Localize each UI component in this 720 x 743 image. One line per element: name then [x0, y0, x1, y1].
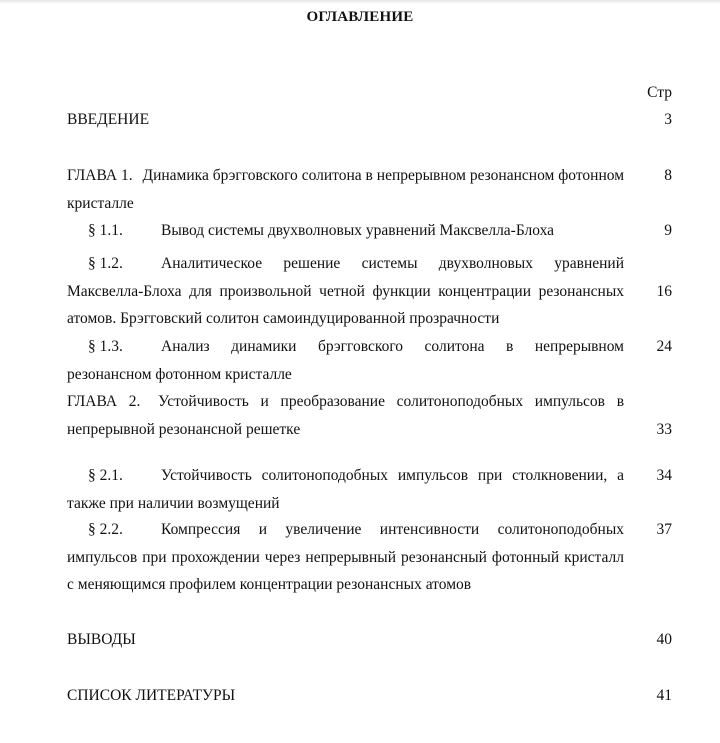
toc-entry-chapter-1[interactable]: ГЛАВА 1. Динамика брэгговского солитона …: [67, 162, 624, 217]
toc-entry-text: ВВЕДЕНИЕ: [67, 106, 624, 134]
toc-entry-label: § 2.1.: [67, 462, 161, 490]
toc-entry-page: 8: [632, 162, 672, 190]
toc-entry-page: 33: [632, 416, 672, 444]
toc-entry-section-1-1[interactable]: § 1.1.Вывод системы двухволновых уравнен…: [67, 217, 624, 245]
toc-entry-page: 16: [632, 278, 672, 306]
toc-entry-page: 34: [632, 462, 672, 490]
toc-entry-introduction[interactable]: ВВЕДЕНИЕ 3: [67, 106, 624, 134]
toc-entry-text: Устойчивость и преобразование солитонопо…: [67, 393, 624, 438]
page-top-edge: [0, 0, 720, 4]
toc-entry-chapter-2[interactable]: ГЛАВА 2. Устойчивость и преобразование с…: [67, 388, 624, 443]
toc-entry-section-1-3[interactable]: § 1.3.Анализ динамики брэгговского солит…: [67, 333, 624, 388]
toc-entry-conclusions[interactable]: ВЫВОДЫ 40: [67, 626, 624, 654]
toc-entry-label: § 1.3.: [67, 333, 161, 361]
toc-entry-section-1-2[interactable]: § 1.2.Аналитическое решение системы двух…: [67, 250, 624, 333]
toc-entry-text: ВЫВОДЫ: [67, 626, 624, 654]
toc-entry-page: 3: [632, 106, 672, 134]
toc-entry-label: ГЛАВА 2.: [67, 393, 140, 410]
toc-entry-label: ГЛАВА 1.: [67, 167, 133, 184]
toc-entry-text: СПИСОК ЛИТЕРАТУРЫ: [67, 682, 624, 710]
page-title: ОГЛАВЛЕНИЕ: [0, 9, 720, 26]
toc-entry-page: 37: [632, 516, 672, 544]
toc-entry-page: 41: [632, 682, 672, 710]
page-column-header: Стр: [647, 84, 672, 102]
toc-entry-page: 9: [632, 217, 672, 245]
toc-entry-text: Вывод системы двухволновых уравнений Мак…: [161, 222, 554, 239]
toc-entry-page: 24: [632, 333, 672, 361]
toc-entry-references[interactable]: СПИСОК ЛИТЕРАТУРЫ 41: [67, 682, 624, 710]
toc-entry-text: Динамика брэгговского солитона в непреры…: [67, 167, 624, 212]
toc-entry-section-2-2[interactable]: § 2.2.Компрессия и увеличение интенсивно…: [67, 516, 624, 599]
toc-entry-page: 40: [632, 626, 672, 654]
toc-entry-section-2-1[interactable]: § 2.1.Устойчивость солитоноподобных импу…: [67, 462, 624, 517]
toc-entry-label: § 1.1.: [67, 217, 161, 245]
toc-entry-label: § 2.2.: [67, 516, 161, 544]
toc-entry-label: § 1.2.: [67, 250, 161, 278]
